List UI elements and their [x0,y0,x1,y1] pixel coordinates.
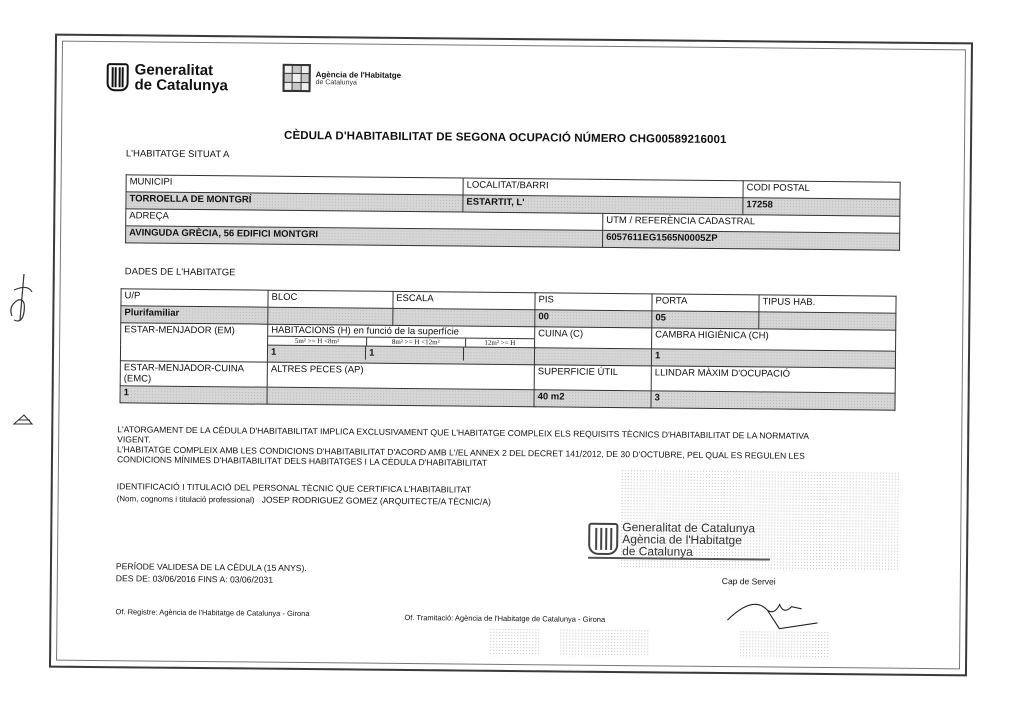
agency-logo: Agència de l'Habitatge de Catalunya [283,64,402,93]
document-title: CÈDULA D'HABITABILITAT DE SEGONA OCUPACI… [284,130,727,146]
agency-logo-line2: de Catalunya [316,79,402,87]
tipus-value [759,312,896,330]
tipus-label: TIPUS HAB. [759,295,896,313]
bloc-value [268,307,393,325]
utm-value: 6057611EG1565N0005ZP [603,230,900,250]
porta-value: 05 [652,311,759,329]
stamp-role: Cap de Servei [722,576,776,587]
codi-postal-value: 17258 [743,198,900,217]
up-value: Plurifamiliar [121,306,268,324]
technician-name: JOSEP RODRIGUEZ GOMEZ (ARQUITECTE/A TÈCN… [262,495,491,507]
watermark-shading [489,628,539,656]
watermark-shading [739,630,829,659]
codi-postal-label: CODI POSTAL [743,181,900,200]
hab-value-3 [464,348,534,362]
gov-logo-line2: de Catalunya [134,77,228,93]
hab-range-1: 5m² >= H <8m² [268,337,367,346]
escala-value [392,308,535,326]
official-stamp: Generalitat de Catalunya Agència de l'Ha… [588,521,770,561]
llindar-value: 3 [651,391,895,410]
superficie-value: 40 m2 [534,390,651,408]
bloc-label: BLOC [268,290,393,308]
emc-label: ESTAR-MENJADOR-CUINA (EMC) [120,361,267,387]
llindar-label: LLINDAR MÀXIM D'OCUPACIÓ [651,366,895,393]
margin-handwritten-initials [6,270,42,330]
registre-office: Of. Registre: Agència de l'Habitatge de … [115,607,309,618]
technician-hint: (Nom, cognoms i titulació professional) [117,494,255,504]
emc-value: 1 [120,386,267,404]
adreca-value: AVINGUDA GRÈCIA, 56 EDIFICI MONTGRI [126,226,603,248]
ch-label: CAMBRA HIGIÈNICA (CH) [652,328,896,351]
tramitacio-office: Of. Tramitació: Agència de l'Habitatge d… [404,613,605,624]
pis-value: 00 [535,310,652,328]
cuina-value [534,348,651,366]
escala-label: ESCALA [393,291,536,309]
habitability-certificate: Generalitat de Catalunya Agència de l'Ha… [59,44,959,665]
porta-label: PORTA [652,294,759,312]
generalitat-seal-icon [588,523,618,555]
ap-label: ALTRES PECES (AP) [267,362,534,390]
hab-value-1: 1 [268,346,366,360]
validity-dates: DES DE: 03/06/2016 FINS A: 03/06/2031 [116,572,307,586]
generalitat-logo: Generalitat de Catalunya [106,62,228,93]
dwelling-section-label: DADES DE L'HABITATGE [125,266,236,278]
agency-grid-icon [283,64,311,92]
hab-value-2: 1 [366,347,464,361]
cuina-label: CUINA (C) [535,327,652,349]
superficie-label: SUPERFICIE ÚTIL [534,365,651,391]
validity-block: PERÍODE VALIDESA DE LA CÈDULA (15 ANYS).… [116,560,307,586]
generalitat-emblem-icon [107,63,129,91]
margin-mark [12,412,36,428]
em-label: ESTAR-MENJADOR (EM) [120,323,267,362]
watermark-shading [559,628,649,657]
legal-notice: L'ATORGAMENT DE LA CÈDULA D'HABITABILITA… [117,424,887,471]
hab-range-2: 8m² >= H <12m² [367,338,466,347]
hab-range-3: 12m² >= H [466,339,535,348]
dwelling-table: U/P BLOC ESCALA PIS PORTA TIPUS HAB. Plu… [120,288,897,410]
signature [721,590,831,631]
ap-value [267,387,534,407]
pis-label: PIS [535,293,652,311]
location-section-label: L'HABITATGE SITUAT A [126,148,230,160]
location-table: MUNICIPI LOCALITAT/BARRI CODI POSTAL TOR… [125,174,901,250]
habitacions-group: HABITACIONS (H) en funció de la superfíc… [268,324,535,348]
up-label: U/P [121,289,268,307]
